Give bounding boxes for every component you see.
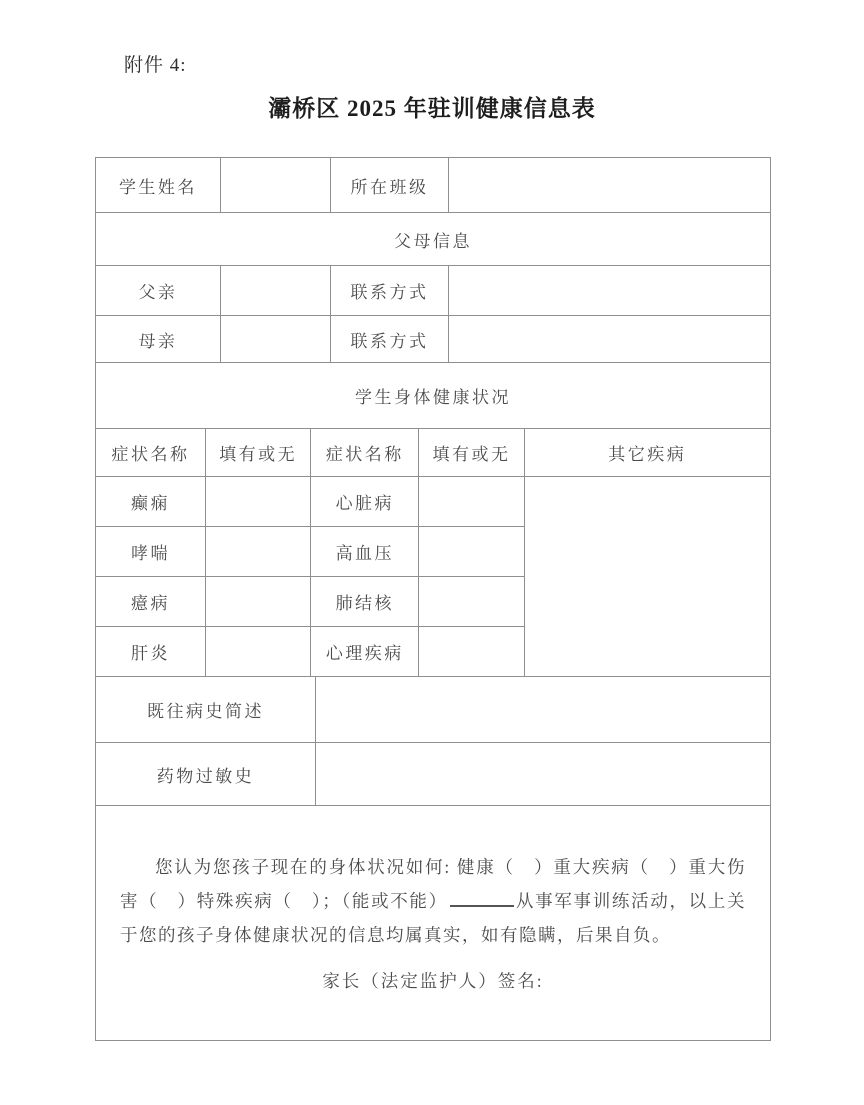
declaration-paragraph: 您认为您孩子现在的身体状况如何: 健康（ ）重大疾病（ ）重大伤害（ ）特殊疾病…: [120, 850, 746, 952]
hepatitis-value-cell: [206, 627, 311, 677]
ability-blank-line: [450, 892, 514, 907]
heart-disease-label: 心脏病: [311, 477, 419, 527]
parents-section-row: 父母信息: [96, 213, 771, 266]
other-diseases-header: 其它疾病: [524, 429, 770, 477]
health-section-header: 学生身体健康状况: [96, 363, 771, 429]
fill-yes-no-header-1: 填有或无: [206, 429, 311, 477]
epilepsy-value-cell: [206, 477, 311, 527]
medical-history-value-cell: [316, 677, 771, 743]
other-diseases-value-cell: [524, 477, 770, 677]
class-label: 所在班级: [330, 158, 448, 213]
hysteria-label: 癔病: [96, 577, 206, 627]
father-name-value-cell: [220, 266, 330, 316]
health-info-form: 学生姓名 所在班级 父母信息 父亲 联系方式 母亲 联系方式 学生身: [95, 157, 771, 1041]
drug-allergy-row: 药物过敏史: [96, 743, 771, 806]
father-label: 父亲: [96, 266, 221, 316]
father-row: 父亲 联系方式: [96, 266, 771, 316]
tuberculosis-value-cell: [419, 577, 524, 627]
history-table: 既往病史简述 药物过敏史: [95, 676, 771, 806]
form-document-page: 附件 4: 灞桥区 2025 年驻训健康信息表 学生姓名 所在班级 父母信息 父…: [0, 0, 864, 1105]
declaration-row: 您认为您孩子现在的身体状况如何: 健康（ ）重大疾病（ ）重大伤害（ ）特殊疾病…: [96, 806, 771, 1041]
heart-disease-value-cell: [419, 477, 524, 527]
student-name-label: 学生姓名: [96, 158, 221, 213]
mother-row: 母亲 联系方式: [96, 316, 771, 363]
mental-illness-value-cell: [419, 627, 524, 677]
student-name-value-cell: [220, 158, 330, 213]
declaration-cell: 您认为您孩子现在的身体状况如何: 健康（ ）重大疾病（ ）重大伤害（ ）特殊疾病…: [96, 806, 771, 1041]
page-title: 灞桥区 2025 年驻训健康信息表: [0, 90, 864, 123]
fill-yes-no-header-2: 填有或无: [419, 429, 524, 477]
symptom-name-header-2: 症状名称: [311, 429, 419, 477]
mother-name-value-cell: [220, 316, 330, 363]
tuberculosis-label: 肺结核: [311, 577, 419, 627]
class-value-cell: [449, 158, 771, 213]
asthma-value-cell: [206, 527, 311, 577]
attachment-label: 附件 4:: [124, 50, 187, 77]
mother-contact-label: 联系方式: [330, 316, 448, 363]
hepatitis-label: 肝炎: [96, 627, 206, 677]
hysteria-value-cell: [206, 577, 311, 627]
mental-illness-label: 心理疾病: [311, 627, 419, 677]
symptom-name-header-1: 症状名称: [96, 429, 206, 477]
declaration-table: 您认为您孩子现在的身体状况如何: 健康（ ）重大疾病（ ）重大伤害（ ）特殊疾病…: [95, 805, 771, 1041]
parents-section-header: 父母信息: [96, 213, 771, 266]
drug-allergy-label: 药物过敏史: [96, 743, 316, 806]
medical-history-label: 既往病史简述: [96, 677, 316, 743]
student-parent-info-table: 学生姓名 所在班级 父母信息 父亲 联系方式 母亲 联系方式 学生身: [95, 157, 771, 429]
medical-history-row: 既往病史简述: [96, 677, 771, 743]
father-contact-value-cell: [449, 266, 771, 316]
hypertension-label: 高血压: [311, 527, 419, 577]
epilepsy-label: 癫痫: [96, 477, 206, 527]
health-section-row: 学生身体健康状况: [96, 363, 771, 429]
student-row: 学生姓名 所在班级: [96, 158, 771, 213]
asthma-label: 哮喘: [96, 527, 206, 577]
symptom-table: 症状名称 填有或无 症状名称 填有或无 其它疾病 癫痫 心脏病 哮喘 高血压 癔…: [95, 428, 771, 677]
drug-allergy-value-cell: [316, 743, 771, 806]
symptom-header-row: 症状名称 填有或无 症状名称 填有或无 其它疾病: [96, 429, 771, 477]
guardian-signature-label: 家长（法定监护人）签名:: [120, 968, 746, 993]
mother-contact-value-cell: [449, 316, 771, 363]
father-contact-label: 联系方式: [330, 266, 448, 316]
symptom-row: 癫痫 心脏病: [96, 477, 771, 527]
hypertension-value-cell: [419, 527, 524, 577]
mother-label: 母亲: [96, 316, 221, 363]
